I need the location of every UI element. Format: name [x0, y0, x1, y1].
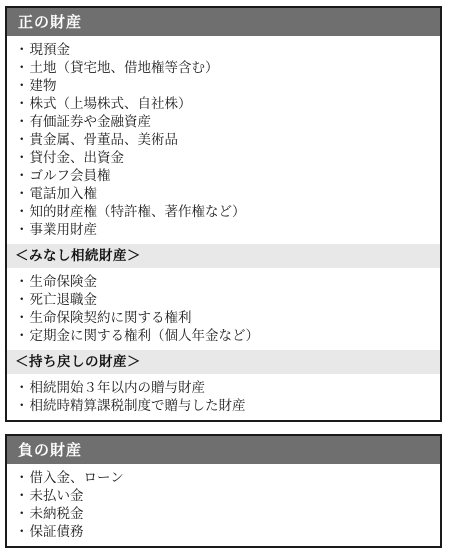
list-item-label: 建物: [30, 77, 57, 95]
list-item-label: 貴金属、骨董品、美術品: [30, 131, 179, 149]
list-item: ・未納税金: [15, 505, 430, 523]
bullet: ・: [15, 59, 29, 77]
bullet: ・: [15, 397, 29, 415]
negative-assets-title: 負の財産: [7, 436, 440, 464]
list-item: ・相続開始３年以内の贈与財産: [15, 379, 430, 397]
list-item: ・ゴルフ会員権: [15, 167, 430, 185]
bullet: ・: [15, 95, 29, 113]
page: 正の財産 ・現預金 ・土地（貸宅地、借地権等含む） ・建物 ・株式（上場株式、自…: [0, 0, 450, 555]
bullet: ・: [15, 167, 29, 185]
bullet: ・: [15, 203, 29, 221]
list-item-label: ゴルフ会員権: [30, 167, 111, 185]
list-item-label: 保証債務: [30, 523, 84, 541]
bullet: ・: [15, 149, 29, 167]
list-item: ・定期金に関する権利（個人年金など）: [15, 327, 430, 345]
bullet: ・: [15, 327, 29, 345]
list-item: ・株式（上場株式、自社株）: [15, 95, 430, 113]
minashi-list: ・生命保険金 ・死亡退職金 ・生命保険契約に関する権利 ・定期金に関する権利（個…: [7, 268, 440, 350]
mochimodoshi-list: ・相続開始３年以内の贈与財産 ・相続時精算課税制度で贈与した財産: [7, 374, 440, 420]
list-item-label: 生命保険金: [30, 273, 98, 291]
list-item-label: 株式（上場株式、自社株）: [30, 95, 192, 113]
list-item-label: 未払い金: [30, 487, 84, 505]
list-item: ・現預金: [15, 41, 430, 59]
list-item: ・知的財産権（特許権、著作権など）: [15, 203, 430, 221]
list-item: ・事業用財産: [15, 221, 430, 239]
bullet: ・: [15, 113, 29, 131]
list-item-label: 有価証券や金融資産: [30, 113, 152, 131]
negative-assets-box: 負の財産 ・借入金、ローン ・未払い金 ・未納税金 ・保証債務: [5, 434, 442, 548]
list-item: ・死亡退職金: [15, 291, 430, 309]
positive-assets-title: 正の財産: [7, 8, 440, 36]
bullet: ・: [15, 505, 29, 523]
bullet: ・: [15, 487, 29, 505]
list-item-label: 相続開始３年以内の贈与財産: [30, 379, 206, 397]
subsection-heading-mochimodoshi: ＜持ち戻しの財産＞: [7, 350, 440, 374]
list-item: ・生命保険金: [15, 273, 430, 291]
list-item: ・電話加入権: [15, 185, 430, 203]
bullet: ・: [15, 523, 29, 541]
list-item-label: 電話加入権: [30, 185, 98, 203]
bullet: ・: [15, 131, 29, 149]
positive-assets-main-list: ・現預金 ・土地（貸宅地、借地権等含む） ・建物 ・株式（上場株式、自社株） ・…: [7, 36, 440, 244]
list-item-label: 定期金に関する権利（個人年金など）: [30, 327, 260, 345]
list-item-label: 借入金、ローン: [30, 469, 124, 487]
bullet: ・: [15, 309, 29, 327]
list-item-label: 現預金: [30, 41, 71, 59]
positive-assets-box: 正の財産 ・現預金 ・土地（貸宅地、借地権等含む） ・建物 ・株式（上場株式、自…: [5, 6, 442, 422]
subsection-heading-minashi: ＜みなし相続財産＞: [7, 244, 440, 268]
list-item-label: 相続時精算課税制度で贈与した財産: [30, 397, 246, 415]
list-item-label: 土地（貸宅地、借地権等含む）: [30, 59, 219, 77]
bullet: ・: [15, 273, 29, 291]
list-item-label: 知的財産権（特許権、著作権など）: [30, 203, 246, 221]
bullet: ・: [15, 291, 29, 309]
list-item: ・借入金、ローン: [15, 469, 430, 487]
list-item: ・貴金属、骨董品、美術品: [15, 131, 430, 149]
list-item-label: 生命保険契約に関する権利: [30, 309, 192, 327]
list-item: ・生命保険契約に関する権利: [15, 309, 430, 327]
list-item: ・相続時精算課税制度で贈与した財産: [15, 397, 430, 415]
list-item: ・建物: [15, 77, 430, 95]
negative-assets-list: ・借入金、ローン ・未払い金 ・未納税金 ・保証債務: [7, 464, 440, 546]
bullet: ・: [15, 221, 29, 239]
bullet: ・: [15, 469, 29, 487]
bullet: ・: [15, 41, 29, 59]
list-item-label: 死亡退職金: [30, 291, 98, 309]
list-item: ・有価証券や金融資産: [15, 113, 430, 131]
bullet: ・: [15, 379, 29, 397]
list-item: ・貸付金、出資金: [15, 149, 430, 167]
bullet: ・: [15, 185, 29, 203]
list-item: ・土地（貸宅地、借地権等含む）: [15, 59, 430, 77]
list-item: ・保証債務: [15, 523, 430, 541]
list-item-label: 貸付金、出資金: [30, 149, 125, 167]
list-item-label: 事業用財産: [30, 221, 98, 239]
bullet: ・: [15, 77, 29, 95]
list-item-label: 未納税金: [30, 505, 84, 523]
list-item: ・未払い金: [15, 487, 430, 505]
